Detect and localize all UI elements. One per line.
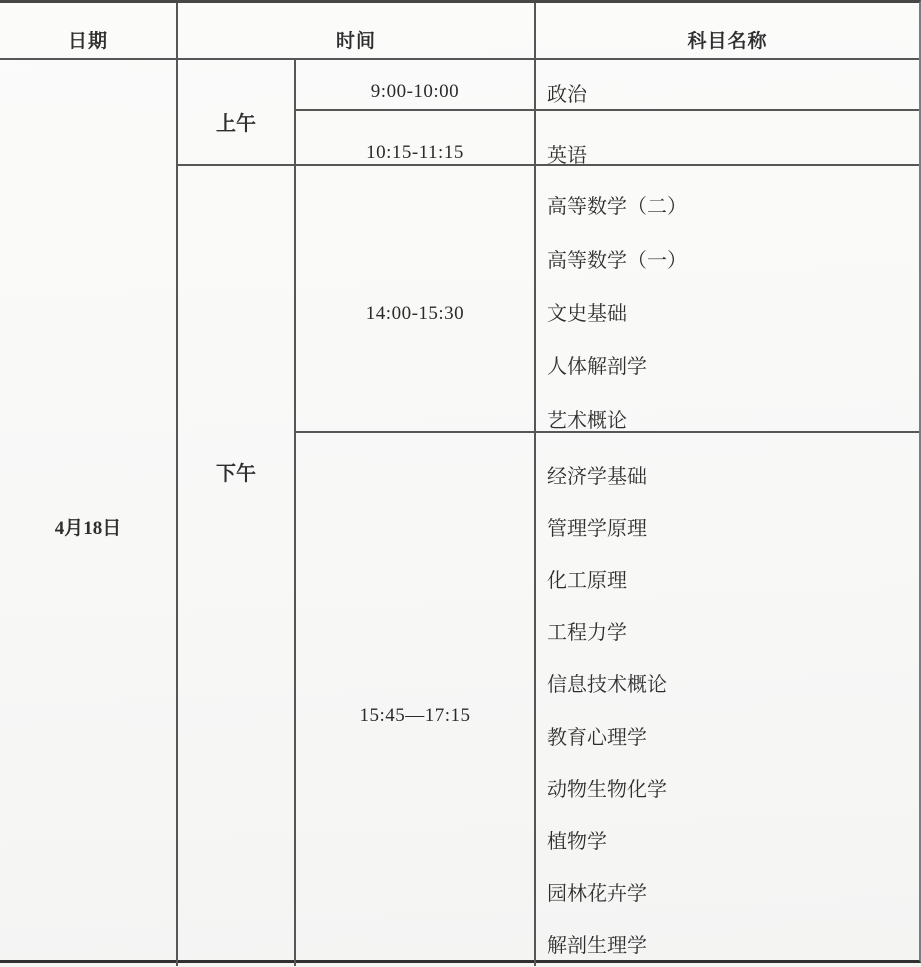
- time-slot1-value: 9:00-10:00: [371, 81, 459, 103]
- subject-item: 人体解剖学: [536, 338, 919, 391]
- time-cell-slot2: 10:15-11:15: [296, 111, 536, 166]
- column-header-date: 日期: [0, 3, 178, 60]
- period-afternoon-label: 下午: [178, 457, 294, 486]
- date-cell: 4月18日: [0, 60, 178, 966]
- subject-item: 植物学: [536, 813, 919, 865]
- subject-item: 英语: [547, 139, 587, 167]
- exam-timetable-photo: 日期 时间 科目名称 4月18日 上午 9:00-10:00 政治 10:15-…: [0, 0, 921, 967]
- subject-item: 工程力学: [536, 605, 919, 657]
- subject-item: 信息技术概论: [536, 657, 919, 709]
- time-slot3-value: 14:00-15:30: [366, 303, 464, 325]
- subject-item: 艺术概论: [536, 392, 919, 433]
- column-header-time: 时间: [178, 3, 536, 60]
- subject-item: 经济学基础: [536, 448, 919, 500]
- subject-item: 高等数学（一）: [536, 231, 919, 284]
- subject-cell-slot2: 英语: [536, 111, 919, 166]
- subject-item: 管理学原理: [536, 500, 919, 552]
- subject-item: 文史基础: [536, 285, 919, 338]
- column-header-time-label: 时间: [336, 26, 376, 53]
- subject-item: 高等数学（二）: [536, 178, 919, 231]
- time-cell-slot3: 14:00-15:30: [296, 166, 536, 433]
- time-cell-slot1: 9:00-10:00: [296, 60, 536, 111]
- period-cell-morning: 上午: [178, 60, 296, 166]
- subject-cell-slot1: 政治: [536, 60, 919, 111]
- time-cell-slot4: 15:45—17:15: [296, 433, 536, 966]
- subject-cell-slot4: 经济学基础 管理学原理 化工原理 工程力学 信息技术概论 教育心理学 动物生物化…: [536, 433, 919, 966]
- subject-item: 动物生物化学: [536, 761, 919, 813]
- subject-item: 解剖生理学: [536, 918, 919, 966]
- subject-item: 化工原理: [536, 552, 919, 604]
- subject-cell-slot3: 高等数学（二） 高等数学（一） 文史基础 人体解剖学 艺术概论: [536, 166, 919, 433]
- exam-timetable-table: 日期 时间 科目名称 4月18日 上午 9:00-10:00 政治 10:15-…: [0, 0, 921, 963]
- time-slot4-value: 15:45—17:15: [359, 705, 470, 727]
- period-cell-afternoon: 下午: [178, 166, 296, 966]
- time-slot2-value: 10:15-11:15: [366, 142, 464, 164]
- period-morning-label: 上午: [216, 107, 256, 136]
- subject-item: 政治: [547, 78, 587, 107]
- column-header-subject-label: 科目名称: [687, 26, 767, 53]
- column-header-date-label: 日期: [68, 26, 108, 53]
- subject-item: 园林花卉学: [536, 866, 919, 918]
- subject-item: 教育心理学: [536, 709, 919, 761]
- column-header-subject: 科目名称: [536, 3, 919, 60]
- date-value: 4月18日: [55, 513, 122, 540]
